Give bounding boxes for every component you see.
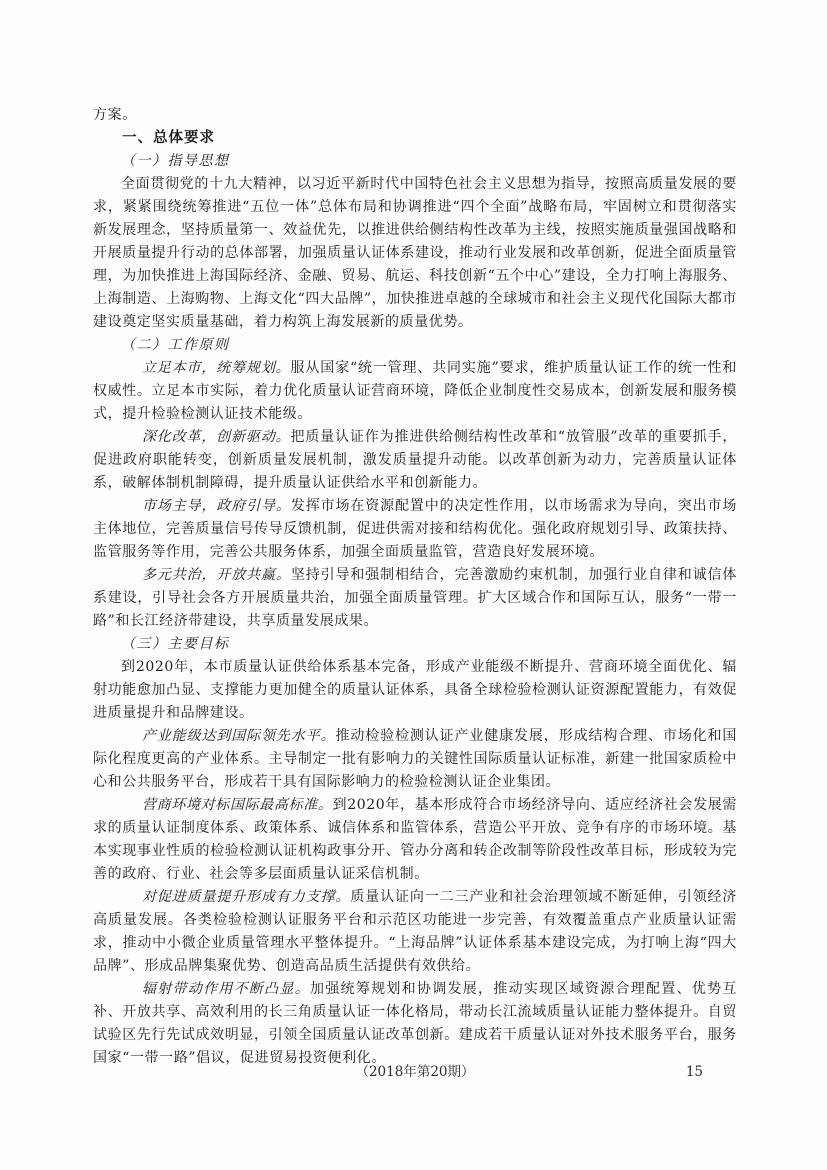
document-page: 方案。 一、总体要求 （一）指导思想 全面贯彻党的十九大精神，以习近平新时代中国… [0,0,827,1170]
page-footer: （2018年第20期） 15 [93,1061,737,1084]
heading-text: （一）指导思想 [121,153,230,169]
paragraph-lead: 多元共治，开放共赢。 [142,567,291,583]
paragraph-lead: 深化改革，创新驱动。 [142,429,291,445]
paragraph: 立足本市，统筹规划。服从国家“统一管理、共同实施”要求，维护质量认证工作的统一性… [93,357,737,426]
paragraph: 市场主导，政府引导。发挥市场在资源配置中的决定性作用，以市场需求为导向，突出市场… [93,495,737,564]
page-number: 15 [686,1061,703,1084]
paragraph-lead: 立足本市，统筹规划。 [142,360,291,376]
document-body: 方案。 一、总体要求 （一）指导思想 全面贯彻党的十九大精神，以习近平新时代中国… [93,104,737,1070]
paragraph-text: 方案。 [93,107,137,123]
paragraph: 多元共治，开放共赢。坚持引导和强制相结合，完善激励约束机制，加强行业自律和诚信体… [93,564,737,633]
section-heading-1: 一、总体要求 [93,127,737,150]
paragraph-lead: 辐射带动作用不断凸显。 [142,981,310,997]
subsection-heading-work-principles: （二）工作原则 [93,334,737,357]
heading-text: 一、总体要求 [122,130,215,146]
paragraph: 到2020年，本市质量认证供给体系基本完备，形成产业能级不断提升、营商环境全面优… [93,656,737,725]
paragraph: 辐射带动作用不断凸显。加强统筹规划和协调发展，推动实现区域资源合理配置、优势互补… [93,978,737,1070]
paragraph: 营商环境对标国际最高标准。到2020年，基本形成符合市场经济导向、适应经济社会发… [93,794,737,886]
paragraph-text: 全面贯彻党的十九大精神，以习近平新时代中国特色社会主义思想为指导，按照高质量发展… [93,176,737,330]
heading-text: （三）主要目标 [121,636,230,652]
paragraph-text: 到2020年，本市质量认证供给体系基本完备，形成产业能级不断提升、营商环境全面优… [93,659,737,721]
paragraph-continuation: 方案。 [93,104,737,127]
paragraph-lead: 对促进质量提升形成有力支撑。 [142,889,350,905]
paragraph-lead: 营商环境对标国际最高标准。 [142,797,333,813]
issue-label: （2018年第20期） [93,1061,737,1084]
heading-text: （二）工作原则 [121,337,230,353]
paragraph: 对促进质量提升形成有力支撑。质量认证向一二三产业和社会治理领域不断延伸，引领经济… [93,886,737,978]
paragraph: 全面贯彻党的十九大精神，以习近平新时代中国特色社会主义思想为指导，按照高质量发展… [93,173,737,334]
subsection-heading-guiding-ideology: （一）指导思想 [93,150,737,173]
paragraph: 深化改革，创新驱动。把质量认证作为推进供给侧结构性改革和“放管服”改革的重要抓手… [93,426,737,495]
paragraph: 产业能级达到国际领先水平。推动检验检测认证产业健康发展，形成结构合理、市场化和国… [93,725,737,794]
paragraph-lead: 产业能级达到国际领先水平。 [142,728,335,744]
paragraph-lead: 市场主导，政府引导。 [142,498,291,514]
subsection-heading-main-goals: （三）主要目标 [93,633,737,656]
